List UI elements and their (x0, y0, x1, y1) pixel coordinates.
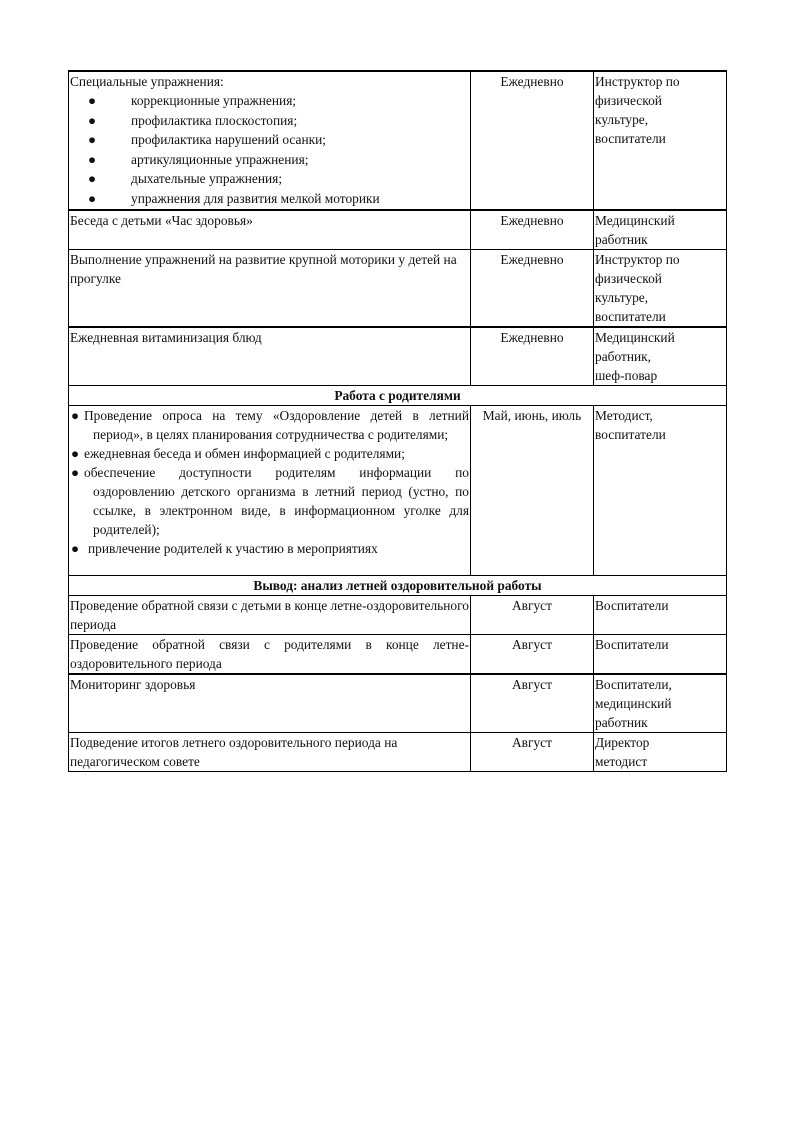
responsible-cell: Инструктор по физической культуре, воспи… (594, 71, 727, 210)
section-heading-summary: Вывод: анализ летней оздоровительной раб… (69, 575, 727, 595)
bullet-icon: ● (88, 111, 96, 130)
responsible-cell: Медицинский работник, шеф-повар (594, 327, 727, 386)
table-row: Подведение итогов летнего оздоровительно… (69, 732, 727, 771)
exercise-list: ●коррекционные упражнения; ●профилактика… (70, 91, 469, 209)
bullet-icon: ● (88, 130, 96, 149)
document-page: Специальные упражнения: ●коррекционные у… (68, 70, 726, 772)
bullet-icon: ● (88, 150, 96, 169)
responsible-cell: Инструктор по физической культуре, воспи… (594, 249, 727, 327)
period-cell: Август (471, 732, 594, 771)
activity-cell: ●Проведение опроса на тему «Оздоровление… (69, 405, 471, 575)
table-row: Проведение обратной связи с детьми в кон… (69, 595, 727, 634)
period-cell: Ежедневно (471, 327, 594, 386)
responsible-cell: Методист, воспитатели (594, 405, 727, 575)
list-item: ●дыхательные упражнения; (70, 169, 469, 189)
list-item: ●Проведение опроса на тему «Оздоровление… (70, 406, 469, 444)
list-item: ●привлечение родителей к участию в мероп… (70, 539, 469, 558)
responsible-cell: Медицинский работник (594, 210, 727, 250)
list-item: ●коррекционные упражнения; (70, 91, 469, 111)
activity-cell: Специальные упражнения: ●коррекционные у… (69, 71, 471, 210)
list-item: ●упражнения для развития мелкой моторики (70, 189, 469, 209)
table-row: Беседа с детьми «Час здоровья» Ежедневно… (69, 210, 727, 250)
list-item: ●профилактика плоскостопия; (70, 111, 469, 131)
bullet-icon: ● (71, 463, 79, 482)
summer-health-plan-table: Специальные упражнения: ●коррекционные у… (68, 70, 727, 772)
parents-activity-list: ●Проведение опроса на тему «Оздоровление… (70, 406, 469, 558)
bullet-icon: ● (71, 444, 79, 463)
activity-cell: Ежедневная витаминизация блюд (69, 327, 471, 386)
activity-cell: Выполнение упражнений на развитие крупно… (69, 249, 471, 327)
activity-cell: Проведение обратной связи с детьми в кон… (69, 595, 471, 634)
table-row: Выполнение упражнений на развитие крупно… (69, 249, 727, 327)
list-item: ●обеспечение доступности родителям инфор… (70, 463, 469, 539)
period-cell: Ежедневно (471, 71, 594, 210)
period-cell: Май, июнь, июль (471, 405, 594, 575)
activity-title: Специальные упражнения: (70, 72, 469, 91)
list-item: ●профилактика нарушений осанки; (70, 130, 469, 150)
bullet-icon: ● (71, 539, 79, 558)
period-cell: Ежедневно (471, 249, 594, 327)
bullet-icon: ● (88, 169, 96, 188)
responsible-cell: Воспитатели, медицинский работник (594, 674, 727, 733)
activity-cell: Беседа с детьми «Час здоровья» (69, 210, 471, 250)
period-cell: Август (471, 674, 594, 733)
bullet-icon: ● (88, 91, 96, 110)
list-item: ●ежедневная беседа и обмен информацией с… (70, 444, 469, 463)
activity-cell: Проведение обратной связи с родителями в… (69, 634, 471, 674)
table-row: Проведение обратной связи с родителями в… (69, 634, 727, 674)
activity-cell: Мониторинг здоровья (69, 674, 471, 733)
section-row: Работа с родителями (69, 385, 727, 405)
table-row: Ежедневная витаминизация блюд Ежедневно … (69, 327, 727, 386)
period-cell: Август (471, 634, 594, 674)
table-row: Специальные упражнения: ●коррекционные у… (69, 71, 727, 210)
activity-cell: Подведение итогов летнего оздоровительно… (69, 732, 471, 771)
table-row: Мониторинг здоровья Август Воспитатели, … (69, 674, 727, 733)
responsible-cell: Воспитатели (594, 634, 727, 674)
responsible-cell: Директор методист (594, 732, 727, 771)
list-item: ●артикуляционные упражнения; (70, 150, 469, 170)
table-row: ●Проведение опроса на тему «Оздоровление… (69, 405, 727, 575)
period-cell: Ежедневно (471, 210, 594, 250)
period-cell: Август (471, 595, 594, 634)
section-row: Вывод: анализ летней оздоровительной раб… (69, 575, 727, 595)
bullet-icon: ● (71, 406, 79, 425)
section-heading-parents: Работа с родителями (69, 385, 727, 405)
responsible-cell: Воспитатели (594, 595, 727, 634)
bullet-icon: ● (88, 189, 96, 208)
